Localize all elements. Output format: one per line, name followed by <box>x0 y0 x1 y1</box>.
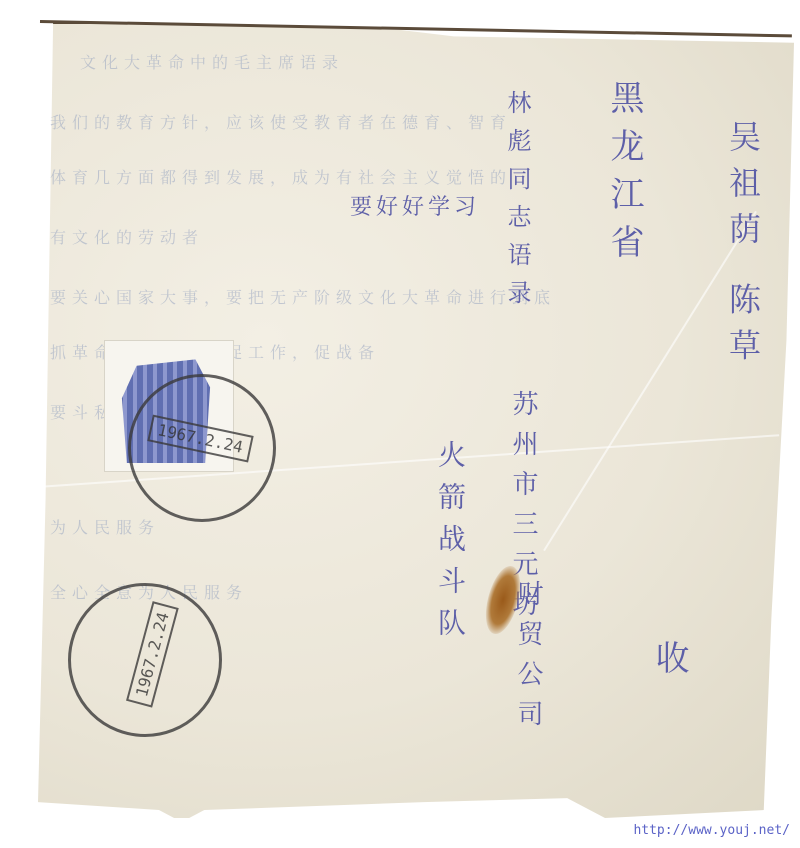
watermark-url: http://www.youj.net/ <box>633 823 790 838</box>
upper-note: 林彪同志语录 <box>500 90 535 318</box>
ghost-text-line: 文化大革命中的毛主席语录 <box>80 50 344 73</box>
postmark-date: 1967.2.24 <box>126 601 179 707</box>
recipient-suffix: 收 <box>645 640 694 688</box>
stamp-cancel-postmark: 1967.2.24 <box>128 374 276 522</box>
recipient-address: 黑龙江省 <box>600 80 649 272</box>
postmark-date: 1967.2.24 <box>147 415 253 463</box>
ghost-text-line: 要关心国家大事，要把无产阶级文化大革命进行到底 <box>50 285 556 308</box>
upper-note-2: 要好好学习 <box>350 190 480 221</box>
ghost-text-line: 我们的教育方针，应该使受教育者在德育、智育 <box>50 110 512 133</box>
arrival-postmark: 1967.2.24 <box>68 583 222 737</box>
ghost-text-line: 有文化的劳动者 <box>50 225 204 248</box>
recipient-name: 吴祖荫 陈草 <box>720 120 766 374</box>
ghost-text-line: 为人民服务 <box>50 515 160 538</box>
sender-group: 火箭战斗队 <box>430 440 470 650</box>
ghost-text-line: 体育几方面都得到发展，成为有社会主义觉悟的 <box>50 165 512 188</box>
